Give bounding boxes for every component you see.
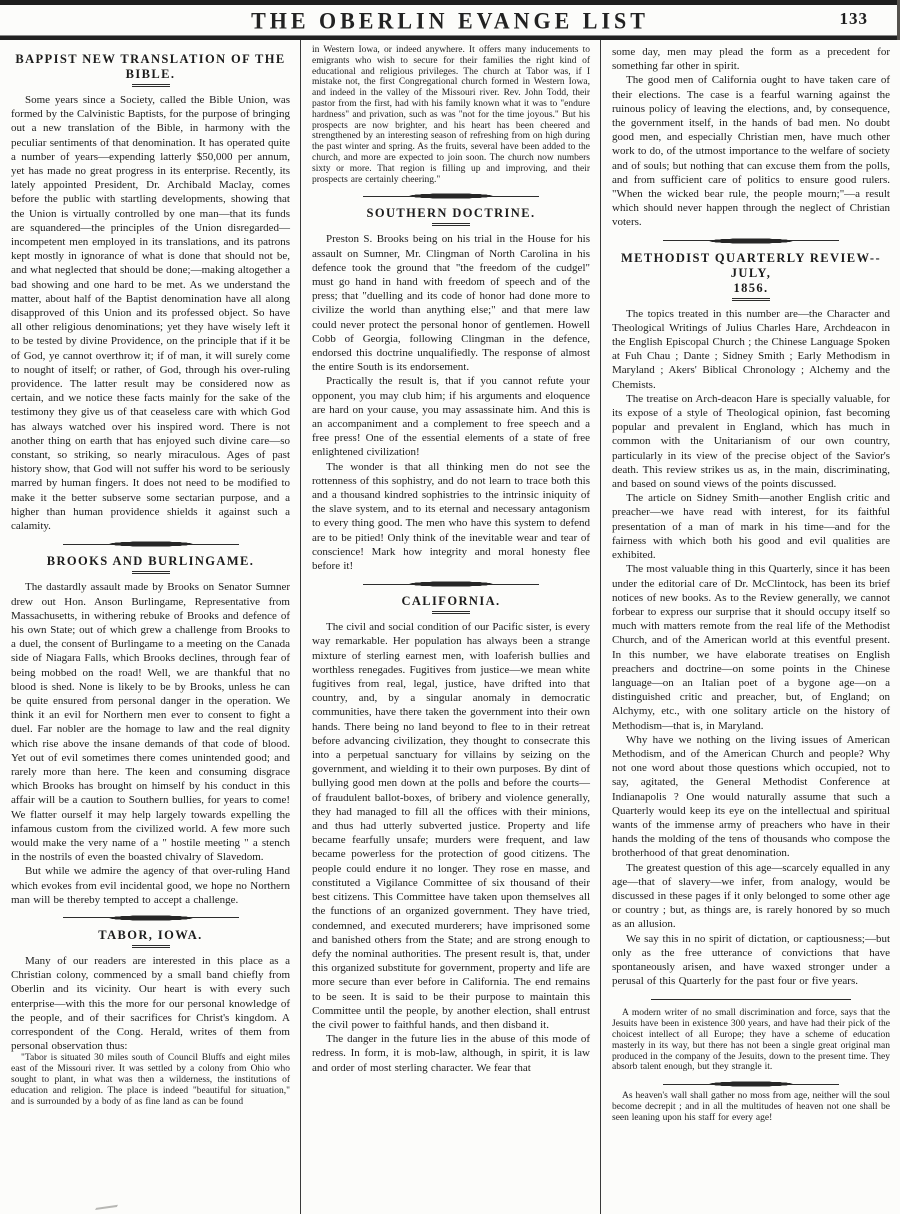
article-paragraph: Many of our readers are interested in th… — [11, 954, 290, 1053]
masthead: THE OBERLIN EVANGE LIST 133 — [0, 5, 900, 36]
article-paragraph: The dastardly assault made by Brooks on … — [11, 580, 290, 864]
section-divider — [63, 915, 239, 921]
article-paragraph: Preston S. Brooks being on his trial in … — [312, 232, 590, 374]
article-heading: METHODIST QUARTERLY REVIEW--JULY, 1856. — [612, 251, 890, 296]
heading-rule — [132, 945, 170, 948]
article-paragraph: The danger in the future lies in the abu… — [312, 1032, 590, 1075]
section-divider — [63, 541, 239, 547]
article-paragraph: some day, men may plead the form as a pr… — [612, 45, 890, 73]
section-divider — [663, 238, 839, 244]
article-paragraph: The article on Sidney Smith—another Engl… — [612, 491, 890, 562]
page-number: 133 — [840, 9, 869, 29]
column-3: some day, men may plead the form as a pr… — [600, 40, 900, 1214]
column-1: BAPPIST NEW TRANSLATION OF THE BIBLE.Som… — [0, 40, 300, 1214]
article-paragraph: As heaven's wall shall gather no moss fr… — [612, 1091, 890, 1123]
heading-rule — [432, 611, 470, 614]
article-paragraph: The treatise on Arch-deacon Hare is spec… — [612, 392, 890, 491]
article-paragraph: We say this in no spirit of dictation, o… — [612, 932, 890, 989]
article-paragraph: The good men of California ought to have… — [612, 73, 890, 229]
article-paragraph: in Western Iowa, or indeed anywhere. It … — [312, 45, 590, 185]
heading-rule — [132, 84, 170, 87]
section-divider — [363, 193, 539, 199]
article-paragraph: A modern writer of no small discriminati… — [612, 1008, 890, 1073]
article-heading: SOUTHERN DOCTRINE. — [312, 206, 590, 221]
section-divider — [363, 581, 539, 587]
article-paragraph: The topics treated in this number are—th… — [612, 307, 890, 392]
article-heading: BAPPIST NEW TRANSLATION OF THE BIBLE. — [11, 52, 290, 82]
article-paragraph: The greatest question of this age—scarce… — [612, 861, 890, 932]
newspaper-title: THE OBERLIN EVANGE LIST — [251, 7, 649, 34]
article-paragraph: Some years since a Society, called the B… — [11, 93, 290, 533]
heading-rule — [432, 223, 470, 226]
divider-rule — [651, 999, 851, 1000]
heading-rule — [132, 571, 170, 574]
article-paragraph: The wonder is that all thinking men do n… — [312, 460, 590, 574]
article-paragraph: The civil and social condition of our Pa… — [312, 620, 590, 1032]
article-heading: TABOR, IOWA. — [11, 928, 290, 943]
article-paragraph: Practically the result is, that if you c… — [312, 374, 590, 459]
heading-rule — [732, 298, 770, 301]
article-paragraph: The most valuable thing in this Quarterl… — [612, 562, 890, 732]
section-divider — [663, 1081, 839, 1087]
newspaper-page: THE OBERLIN EVANGE LIST 133 BAPPIST NEW … — [0, 0, 900, 1214]
article-paragraph: But while we admire the agency of that o… — [11, 864, 290, 907]
article-heading: BROOKS AND BURLINGAME. — [11, 554, 290, 569]
column-container: BAPPIST NEW TRANSLATION OF THE BIBLE.Som… — [0, 40, 900, 1214]
column-2: in Western Iowa, or indeed anywhere. It … — [300, 40, 600, 1214]
article-heading: CALIFORNIA. — [312, 594, 590, 609]
article-paragraph: Why have we nothing on the living issues… — [612, 733, 890, 861]
article-paragraph: "Tabor is situated 30 miles south of Cou… — [11, 1053, 290, 1107]
